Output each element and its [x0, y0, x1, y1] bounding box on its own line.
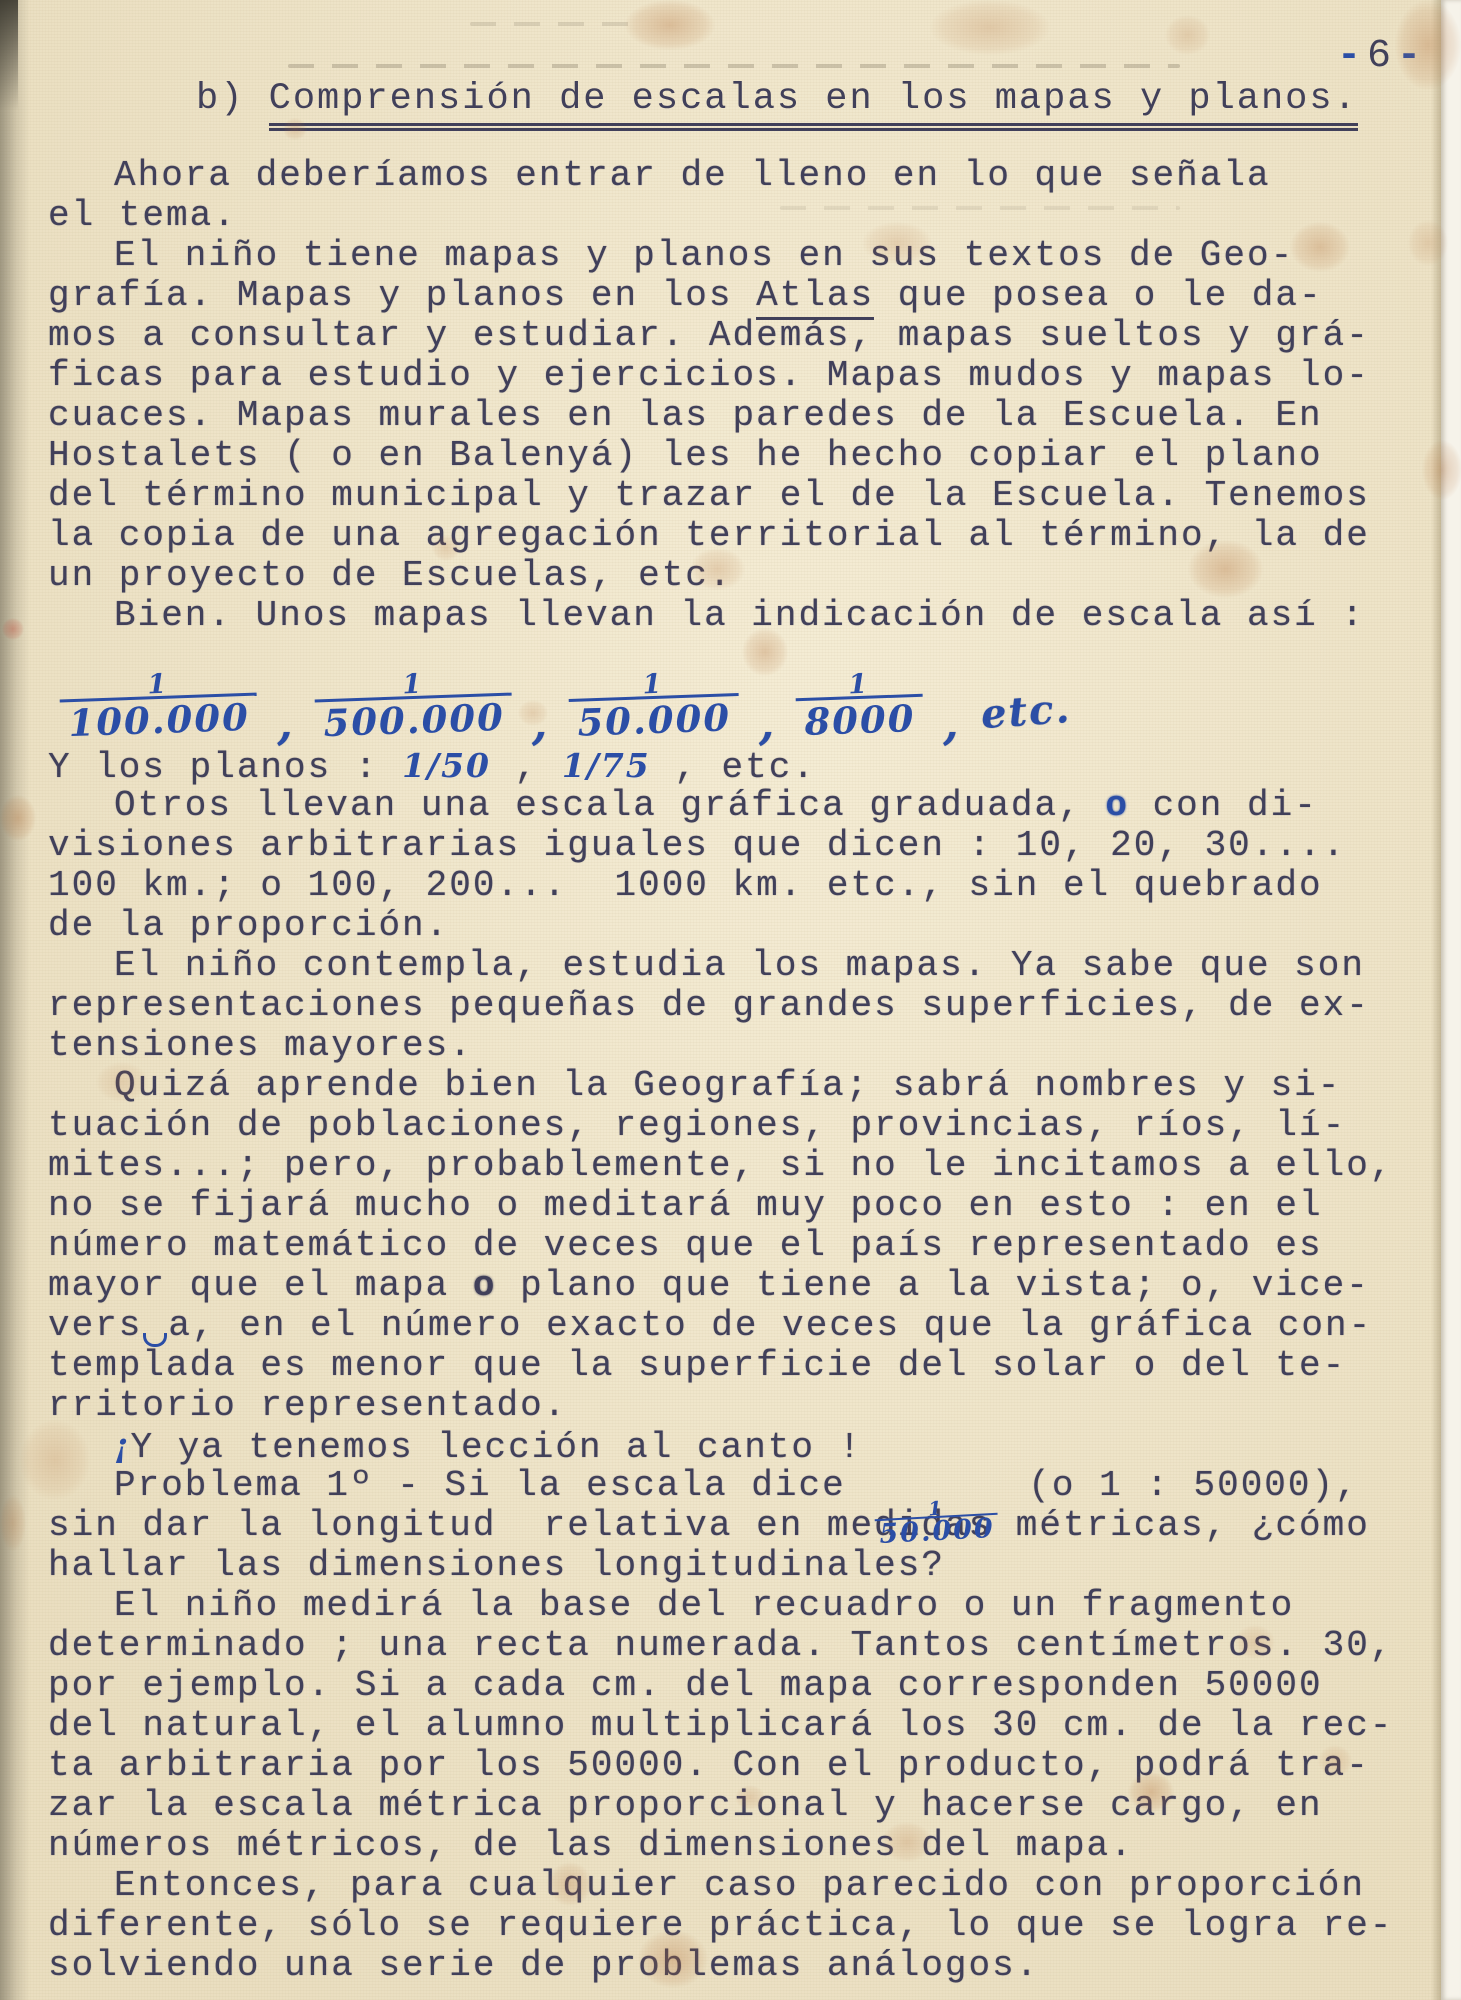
scanned-document-page: -6- b) Comprensión de escalas en los map…	[0, 0, 1461, 2000]
typed-text: hallar las dimensiones longitudinales?	[48, 1545, 945, 1586]
text-line: Ahora deberíamos entrar de lleno en lo q…	[48, 156, 1397, 196]
page-number-dash: -	[1397, 34, 1427, 79]
text-line: solviendo una serie de problemas análogo…	[48, 1946, 1397, 1986]
fraction-denominator: 50.000	[569, 693, 740, 743]
handwritten-fraction: 150.000	[874, 1500, 999, 1548]
underlined-word: Atlas	[756, 275, 874, 320]
text-line: Hostalets ( o en Balenyá) les he hecho c…	[48, 436, 1397, 476]
text-line: diferente, sólo se requiere práctica, lo…	[48, 1906, 1397, 1946]
handwritten-etc: etc.	[979, 681, 1073, 743]
text-line: representaciones pequeñas de grandes sup…	[48, 986, 1397, 1026]
fraction-denominator: 50.000	[875, 1513, 1000, 1548]
handwritten-comma: ,	[532, 710, 549, 740]
text-line: números métricos, de las dimensiones del…	[48, 1826, 1397, 1866]
text-line: determinado ; una recta numerada. Tantos…	[48, 1626, 1397, 1666]
overstruck-letter: o	[473, 1265, 497, 1306]
stain	[1165, 15, 1210, 55]
typed-text: , etc.	[651, 747, 816, 788]
fraction-denominator: 100.000	[60, 693, 259, 744]
typed-text: el tema.	[48, 195, 237, 236]
typed-text: de la proporción.	[48, 905, 449, 946]
fraction-numerator: 1	[147, 674, 169, 697]
scan-background-strip	[1441, 0, 1461, 2000]
typed-text: zar la escala métrica proporcional y hac…	[48, 1785, 1323, 1826]
page-number-value: 6	[1367, 34, 1397, 79]
typed-text: Problema 1º - Si la escala dice	[114, 1465, 869, 1506]
text-line: zar la escala métrica proporcional y hac…	[48, 1786, 1397, 1826]
handwritten-fraction: 1500.000	[314, 671, 514, 744]
text-line: mos a consultar y estudiar. Además, mapa…	[48, 316, 1397, 356]
typed-text: que posea o le da-	[874, 275, 1322, 316]
typed-text: del natural, el alumno multiplicará los …	[48, 1705, 1393, 1746]
text-line: versa, en el número exacto de veces que …	[48, 1306, 1397, 1346]
typed-text: no se fijará mucho o meditará muy poco e…	[48, 1185, 1323, 1226]
typed-text: mites...; pero, probablemente, si no le …	[48, 1145, 1393, 1186]
text-line: por ejemplo. Si a cada cm. del mapa corr…	[48, 1666, 1397, 1706]
typed-text: Hostalets ( o en Balenyá) les he hecho c…	[48, 435, 1323, 476]
typed-text: con di-	[1129, 785, 1318, 826]
typed-text: 100 km.; o 100, 200... 1000 km. etc., si…	[48, 865, 1323, 906]
text-line: el tema.	[48, 196, 1397, 236]
text-line: ficas para estudio y ejercicios. Mapas m…	[48, 356, 1397, 396]
handwritten-comma: ,	[277, 710, 294, 740]
typed-text: Entonces, para cualquier caso parecido c…	[114, 1865, 1365, 1906]
text-line: ¡Y ya tenemos lección al canto !	[48, 1426, 1397, 1466]
text-line: número matemático de veces que el país r…	[48, 1226, 1397, 1266]
text-line: El niño medirá la base del recuadro o un…	[48, 1586, 1397, 1626]
text-line: Quizá aprende bien la Geografía; sabrá n…	[48, 1066, 1397, 1106]
typed-text: Y ya tenemos lección al canto !	[131, 1427, 863, 1468]
text-line: del natural, el alumno multiplicará los …	[48, 1706, 1397, 1746]
text-line: del término municipal y trazar el de la …	[48, 476, 1397, 516]
text-line: Y los planos : 1/50 , 1/75 , etc.	[48, 746, 1397, 786]
typed-text: solviendo una serie de problemas análogo…	[48, 1945, 1039, 1986]
text-line: ta arbitraria por los 50000. Con el prod…	[48, 1746, 1397, 1786]
fraction-numerator: 1	[643, 674, 665, 697]
text-line: rritorio representado.	[48, 1386, 1397, 1426]
text-line: cuaces. Mapas murales en las paredes de …	[48, 396, 1397, 436]
fraction-numerator: 1	[848, 674, 870, 697]
typed-text: la copia de una agregación territorial a…	[48, 515, 1370, 556]
typed-text: (o 1 : 50000),	[1005, 1465, 1359, 1506]
heading-prefix: b)	[196, 78, 269, 120]
bleed-through-mark	[288, 64, 1180, 68]
section-heading: b) Comprensión de escalas en los mapas y…	[196, 78, 1358, 120]
text-line: tuación de poblaciones, regiones, provin…	[48, 1106, 1397, 1146]
typed-text: mos a consultar y estudiar. Además, mapa…	[48, 315, 1370, 356]
typed-text: plano que tiene a la vista; o, vice-	[496, 1265, 1369, 1306]
typed-text: ficas para estudio y ejercicios. Mapas m…	[48, 355, 1370, 396]
typed-text: por ejemplo. Si a cada cm. del mapa corr…	[48, 1665, 1323, 1706]
handwritten-letter-o: o	[1105, 785, 1129, 826]
handwritten-text: ¡	[114, 1426, 131, 1465]
text-line: visiones arbitrarias iguales que dicen :…	[48, 826, 1397, 866]
typed-text: El niño contempla, estudia los mapas. Ya…	[114, 945, 1365, 986]
page-number-dash: -	[1337, 34, 1367, 79]
typed-text: Quizá aprende bien la Geografía; sabrá n…	[114, 1065, 1341, 1106]
typed-text: rritorio representado.	[48, 1385, 567, 1426]
fraction-denominator: 8000	[796, 694, 924, 742]
text-line: Otros llevan una escala gráfica graduada…	[48, 786, 1397, 826]
fraction-numerator: 1	[928, 1503, 944, 1517]
typed-text: vers	[48, 1305, 142, 1346]
page-number: -6-	[1337, 34, 1427, 79]
text-line: la copia de una agregación territorial a…	[48, 516, 1397, 556]
text-line: sin dar la longitud relativa en medidas …	[48, 1506, 1397, 1546]
bleed-through-mark	[470, 22, 640, 26]
text-line: mites...; pero, probablemente, si no le …	[48, 1146, 1397, 1186]
typed-text: tuación de poblaciones, regiones, provin…	[48, 1105, 1346, 1146]
typed-text: del término municipal y trazar el de la …	[48, 475, 1370, 516]
typed-text: un proyecto de Escuelas, etc.	[48, 555, 733, 596]
typed-text: mayor que el mapa	[48, 1265, 473, 1306]
text-line: grafía. Mapas y planos en los Atlas que …	[48, 276, 1397, 316]
page-edge-shadow	[1431, 0, 1441, 2000]
text-line: un proyecto de Escuelas, etc.	[48, 556, 1397, 596]
text-line: templada es menor que la superficie del …	[48, 1346, 1397, 1386]
typed-text: determinado ; una recta numerada. Tantos…	[48, 1625, 1393, 1666]
handwritten-fraction: 18000	[795, 672, 924, 742]
stain	[930, 0, 1050, 55]
text-line: El niño tiene mapas y planos en sus text…	[48, 236, 1397, 276]
handwritten-text: 1/75	[562, 746, 651, 785]
typed-text: número matemático de veces que el país r…	[48, 1225, 1323, 1266]
typed-text: Ahora deberíamos entrar de lleno en lo q…	[114, 155, 1271, 196]
handwritten-comma: ,	[759, 710, 776, 740]
typed-text: Y los planos :	[48, 747, 402, 788]
text-line: tensiones mayores.	[48, 1026, 1397, 1066]
typed-text: diferente, sólo se requiere práctica, lo…	[48, 1905, 1393, 1946]
handwritten-text: 1/50	[402, 746, 491, 785]
typed-text: a, en el número exacto de veces que la g…	[168, 1305, 1372, 1346]
typed-text: templada es menor que la superficie del …	[48, 1345, 1346, 1386]
typed-text: grafía. Mapas y planos en los	[48, 275, 756, 316]
typed-text: tensiones mayores.	[48, 1025, 473, 1066]
typed-lines: Ahora deberíamos entrar de lleno en lo q…	[48, 156, 1397, 1986]
typed-text: representaciones pequeñas de grandes sup…	[48, 985, 1370, 1026]
fraction-numerator: 1	[402, 674, 424, 697]
typed-text: ,	[491, 747, 562, 788]
text-line: Bien. Unos mapas llevan la indicación de…	[48, 596, 1397, 636]
typed-text: El niño tiene mapas y planos en sus text…	[114, 235, 1294, 276]
typed-text: Otros llevan una escala gráfica graduada…	[114, 785, 1105, 826]
typed-text: Bien. Unos mapas llevan la indicación de…	[114, 595, 1365, 636]
typed-text: El niño medirá la base del recuadro o un…	[114, 1585, 1294, 1626]
text-line: hallar las dimensiones longitudinales?	[48, 1546, 1397, 1586]
handwritten-fraction: 150.000	[568, 671, 740, 743]
page-binding-edge	[0, 0, 30, 2000]
typed-text: visiones arbitrarias iguales que dicen :…	[48, 825, 1346, 866]
handwritten-fraction: 1100.000	[59, 671, 259, 744]
text-line: Problema 1º - Si la escala dice 150.000 …	[48, 1466, 1397, 1506]
handwritten-scale-fractions: 1100.000,1500.000,150.000,18000,etc.	[48, 636, 1397, 746]
page-corner-shadow	[0, 0, 18, 110]
text-line: Entonces, para cualquier caso parecido c…	[48, 1866, 1397, 1906]
text-line: El niño contempla, estudia los mapas. Ya…	[48, 946, 1397, 986]
typed-text: números métricos, de las dimensiones del…	[48, 1825, 1134, 1866]
handwritten-comma: ,	[943, 710, 960, 740]
typed-text: sin dar la longitud relativa en medidas …	[48, 1505, 1370, 1546]
text-line: de la proporción.	[48, 906, 1397, 946]
typed-text: cuaces. Mapas murales en las paredes de …	[48, 395, 1323, 436]
typed-text: ta arbitraria por los 50000. Con el prod…	[48, 1745, 1370, 1786]
fraction-denominator: 500.000	[314, 693, 513, 744]
heading-text: Comprensión de escalas en los mapas y pl…	[269, 78, 1358, 131]
text-line: mayor que el mapa o plano que tiene a la…	[48, 1266, 1397, 1306]
text-line: no se fijará mucho o meditará muy poco e…	[48, 1186, 1397, 1226]
text-line: 100 km.; o 100, 200... 1000 km. etc., si…	[48, 866, 1397, 906]
